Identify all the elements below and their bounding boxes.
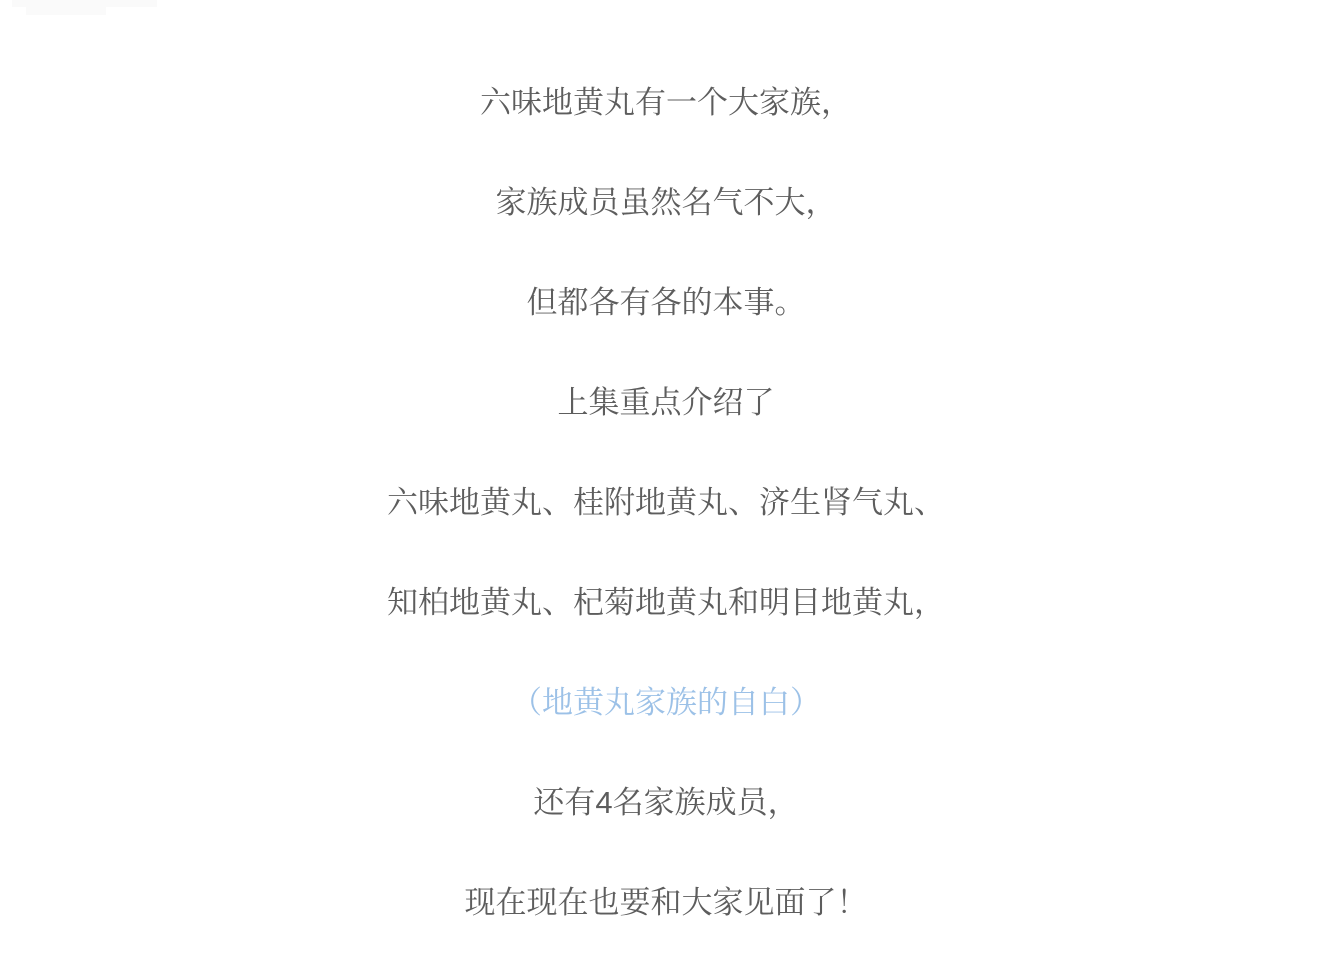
cutoff-ui-artifact-top — [12, 0, 157, 7]
article-paragraph-8: 还有4名家族成员， — [0, 753, 1332, 853]
article-paragraph-5: 六味地黄丸、桂附地黄丸、济生肾气丸、 — [0, 453, 1332, 553]
article-paragraph-2: 家族成员虽然名气不大， — [0, 153, 1332, 253]
article-paragraph-7: （地黄丸家族的自白） — [0, 653, 1332, 753]
article-paragraph-6: 知柏地黄丸、杞菊地黄丸和明目地黄丸， — [0, 553, 1332, 653]
article-inline-link[interactable]: （地黄丸家族的自白） — [511, 685, 821, 720]
article-paragraph-9: 现在现在也要和大家见面了！ — [0, 853, 1332, 953]
cutoff-ui-artifact-bottom — [26, 7, 106, 15]
article-paragraph-4: 上集重点介绍了 — [0, 353, 1332, 453]
article-paragraph-1: 六味地黄丸有一个大家族， — [0, 53, 1332, 153]
article-body: 六味地黄丸有一个大家族， 家族成员虽然名气不大， 但都各有各的本事。 上集重点介… — [0, 53, 1332, 953]
article-paragraph-3: 但都各有各的本事。 — [0, 253, 1332, 353]
